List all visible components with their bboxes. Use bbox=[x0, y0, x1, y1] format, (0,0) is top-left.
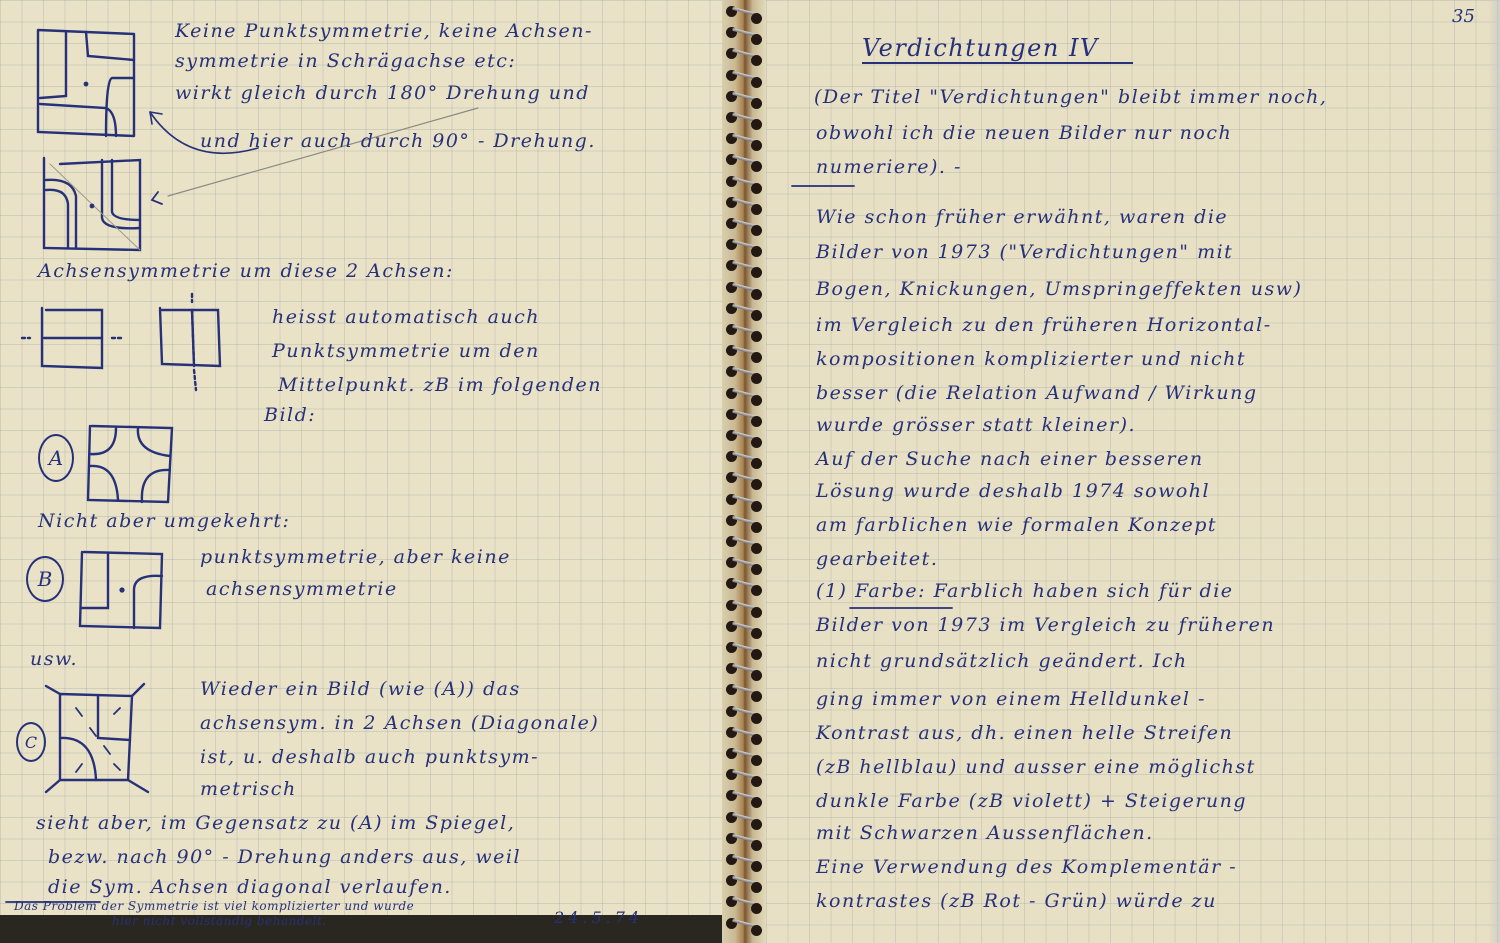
note-line: wurde grösser statt kleiner). bbox=[816, 416, 1136, 435]
note-line: achsensym. in 2 Achsen (Diagonale) bbox=[200, 714, 599, 733]
sketch-example-b bbox=[78, 550, 168, 634]
spiral-ring bbox=[724, 684, 764, 706]
spiral-ring bbox=[724, 6, 764, 28]
punch-hole bbox=[751, 458, 762, 469]
note-line: besser (die Relation Aufwand / Wirkung bbox=[816, 384, 1258, 403]
spiral-ring bbox=[724, 176, 764, 198]
punch-hole bbox=[751, 819, 762, 830]
sketch-example-c bbox=[44, 684, 154, 794]
spiral-ring bbox=[724, 600, 764, 622]
spiral-ring bbox=[724, 790, 764, 812]
spiral-ring bbox=[724, 896, 764, 918]
spiral-ring bbox=[724, 197, 764, 219]
note-line: mit Schwarzen Aussenflächen. bbox=[816, 824, 1154, 843]
punch-hole bbox=[751, 734, 762, 745]
footnote-line: hier nicht vollständig behandelt. bbox=[112, 915, 327, 927]
footnote-line: Das Problem der Symmetrie ist viel kompl… bbox=[14, 900, 414, 912]
punch-hole bbox=[751, 77, 762, 88]
date-stamp: 24.5.74 bbox=[554, 910, 643, 926]
punch-hole bbox=[751, 98, 762, 109]
punch-hole bbox=[751, 246, 762, 257]
note-line: usw. bbox=[30, 650, 78, 669]
note-line: (zB hellblau) und ausser eine möglichst bbox=[816, 758, 1256, 777]
spiral-ring bbox=[724, 536, 764, 558]
spiral-ring bbox=[724, 409, 764, 431]
note-line: Mittelpunkt. zB im folgenden bbox=[278, 376, 602, 395]
note-line: gearbeitet. bbox=[816, 550, 938, 569]
label-b-circle: B bbox=[26, 556, 64, 602]
page-title: Verdichtungen IV bbox=[862, 36, 1133, 64]
note-line: und hier auch durch 90° - Drehung. bbox=[200, 132, 596, 151]
sketch-horizontal-axis-square bbox=[18, 304, 138, 376]
spiral-ring bbox=[724, 303, 764, 325]
spiral-ring bbox=[724, 282, 764, 304]
note-line: obwohl ich die neuen Bilder nur noch bbox=[816, 124, 1232, 143]
punch-hole bbox=[751, 543, 762, 554]
punch-hole bbox=[751, 564, 762, 575]
spiral-ring bbox=[724, 451, 764, 473]
note-line: kompositionen komplizierter und nicht bbox=[816, 350, 1246, 369]
spiral-ring bbox=[724, 430, 764, 452]
spiral-ring bbox=[724, 472, 764, 494]
punch-hole bbox=[751, 119, 762, 130]
punch-hole bbox=[751, 395, 762, 406]
punch-hole bbox=[751, 183, 762, 194]
note-line: (Der Titel "Verdichtungen" bleibt immer … bbox=[814, 88, 1327, 107]
note-line: punktsymmetrie, aber keine bbox=[200, 548, 511, 567]
punch-hole bbox=[751, 925, 762, 936]
note-line: Auf der Suche nach einer besseren bbox=[816, 450, 1204, 469]
spiral-ring bbox=[724, 578, 764, 600]
spiral-ring bbox=[724, 748, 764, 770]
spiral-ring bbox=[724, 154, 764, 176]
spiral-ring bbox=[724, 239, 764, 261]
note-line: Kontrast aus, dh. einen helle Streifen bbox=[816, 724, 1233, 743]
punch-hole bbox=[751, 204, 762, 215]
spiral-ring bbox=[724, 218, 764, 240]
section-heading-farbe: (1) Farbe: Farblich haben sich für die bbox=[816, 582, 1234, 601]
spiral-ring bbox=[724, 345, 764, 367]
note-line: wirkt gleich durch 180° Drehung und bbox=[175, 84, 590, 103]
spiral-ring bbox=[724, 642, 764, 664]
sketch-example-a bbox=[86, 424, 176, 504]
punch-hole bbox=[751, 310, 762, 321]
note-line: Wie schon früher erwähnt, waren die bbox=[816, 208, 1228, 227]
spiral-ring bbox=[724, 366, 764, 388]
note-line: Punktsymmetrie um den bbox=[272, 342, 540, 361]
left-notebook-page: Keine Punktsymmetrie, keine Achsen- symm… bbox=[0, 0, 722, 943]
punch-hole bbox=[751, 55, 762, 66]
punch-hole bbox=[751, 13, 762, 24]
punch-hole bbox=[751, 289, 762, 300]
right-notebook-page: 35 Verdichtungen IV (Der Titel "Verdicht… bbox=[766, 0, 1500, 943]
punch-hole bbox=[751, 691, 762, 702]
punch-hole bbox=[751, 501, 762, 512]
punch-hole bbox=[751, 776, 762, 787]
note-line: Bild: bbox=[264, 406, 316, 425]
spiral-ring bbox=[724, 875, 764, 897]
punch-hole bbox=[751, 840, 762, 851]
punch-hole bbox=[751, 267, 762, 278]
spiral-ring bbox=[724, 260, 764, 282]
punch-hole bbox=[751, 437, 762, 448]
punch-hole bbox=[751, 522, 762, 533]
page-number: 35 bbox=[1452, 6, 1475, 27]
punch-hole bbox=[751, 416, 762, 427]
spiral-ring bbox=[724, 133, 764, 155]
note-line: Keine Punktsymmetrie, keine Achsen- bbox=[175, 22, 593, 41]
note-line: symmetrie in Schrägachse etc: bbox=[175, 52, 516, 71]
note-line: sieht aber, im Gegensatz zu (A) im Spieg… bbox=[36, 814, 515, 833]
sketch-vertical-axis-square bbox=[156, 292, 236, 392]
note-line: ging immer von einem Helldunkel - bbox=[816, 690, 1206, 709]
note-line: Nicht aber umgekehrt: bbox=[38, 512, 290, 531]
spiral-ring bbox=[724, 48, 764, 70]
spiral-ring bbox=[724, 91, 764, 113]
note-line: am farblichen wie formalen Konzept bbox=[816, 516, 1217, 535]
punch-hole bbox=[751, 331, 762, 342]
punch-hole bbox=[751, 755, 762, 766]
spiral-ring bbox=[724, 663, 764, 685]
spiral-ring bbox=[724, 324, 764, 346]
note-line: Wieder ein Bild (wie (A)) das bbox=[200, 680, 521, 699]
note-line: Achsensymmetrie um diese 2 Achsen: bbox=[38, 262, 454, 281]
spiral-ring bbox=[724, 918, 764, 940]
punch-hole bbox=[751, 479, 762, 490]
label-a-circle: A bbox=[38, 434, 74, 482]
arrow-annotation bbox=[148, 108, 478, 208]
note-line: bezw. nach 90° - Drehung anders aus, wei… bbox=[48, 848, 521, 867]
note-text: Wieder ein Bild (wie (A)) das bbox=[200, 678, 521, 700]
note-line: Bogen, Knickungen, Umspringeffekten usw) bbox=[816, 280, 1302, 299]
note-line: heisst automatisch auch bbox=[272, 308, 540, 327]
spiral-ring bbox=[724, 70, 764, 92]
sketch-square-curves bbox=[42, 156, 142, 252]
note-line: metrisch bbox=[200, 780, 297, 799]
note-line: Eine Verwendung des Komplementär - bbox=[816, 858, 1237, 877]
note-line: die Sym. Achsen diagonal verlaufen. bbox=[48, 878, 452, 897]
spiral-ring bbox=[724, 727, 764, 749]
note-line: Lösung wurde deshalb 1974 sowohl bbox=[816, 482, 1210, 501]
note-line: dunkle Farbe (zB violett) + Steigerung bbox=[816, 792, 1247, 811]
note-line: Bilder von 1973 im Vergleich zu früheren bbox=[816, 616, 1275, 635]
note-line: im Vergleich zu den früheren Horizontal- bbox=[816, 316, 1272, 335]
punch-hole bbox=[751, 713, 762, 724]
spiral-binding bbox=[722, 0, 766, 943]
punch-hole bbox=[751, 140, 762, 151]
punch-hole bbox=[751, 903, 762, 914]
spiral-ring bbox=[724, 769, 764, 791]
punch-hole bbox=[751, 861, 762, 872]
note-line: kontrastes (zB Rot - Grün) würde zu bbox=[816, 892, 1217, 911]
note-line: achsensymmetrie bbox=[206, 580, 398, 599]
punch-hole bbox=[751, 225, 762, 236]
punch-hole bbox=[751, 882, 762, 893]
punch-hole bbox=[751, 670, 762, 681]
punch-hole bbox=[751, 34, 762, 45]
spiral-ring bbox=[724, 388, 764, 410]
punch-hole bbox=[751, 373, 762, 384]
punch-hole bbox=[751, 628, 762, 639]
note-line: Bilder von 1973 ("Verdichtungen" mit bbox=[816, 243, 1233, 262]
spiral-ring bbox=[724, 515, 764, 537]
punch-hole bbox=[751, 797, 762, 808]
spiral-ring bbox=[724, 112, 764, 134]
spiral-ring bbox=[724, 812, 764, 834]
spiral-ring bbox=[724, 706, 764, 728]
punch-hole bbox=[751, 649, 762, 660]
spiral-ring bbox=[724, 494, 764, 516]
sketch-square-l-shapes bbox=[36, 28, 136, 140]
spiral-ring bbox=[724, 833, 764, 855]
spiral-ring bbox=[724, 27, 764, 49]
spiral-ring bbox=[724, 557, 764, 579]
punch-hole bbox=[751, 352, 762, 363]
note-line: numeriere). - bbox=[816, 158, 962, 177]
label-c-circle: C bbox=[16, 722, 46, 762]
punch-hole bbox=[751, 607, 762, 618]
spiral-ring bbox=[724, 854, 764, 876]
spiral-ring bbox=[724, 621, 764, 643]
punch-hole bbox=[751, 161, 762, 172]
note-line: nicht grundsätzlich geändert. Ich bbox=[816, 652, 1188, 671]
underline-stroke bbox=[790, 184, 860, 188]
underline-stroke bbox=[848, 606, 958, 610]
punch-hole bbox=[751, 585, 762, 596]
note-line: ist, u. deshalb auch punktsym- bbox=[200, 748, 539, 767]
